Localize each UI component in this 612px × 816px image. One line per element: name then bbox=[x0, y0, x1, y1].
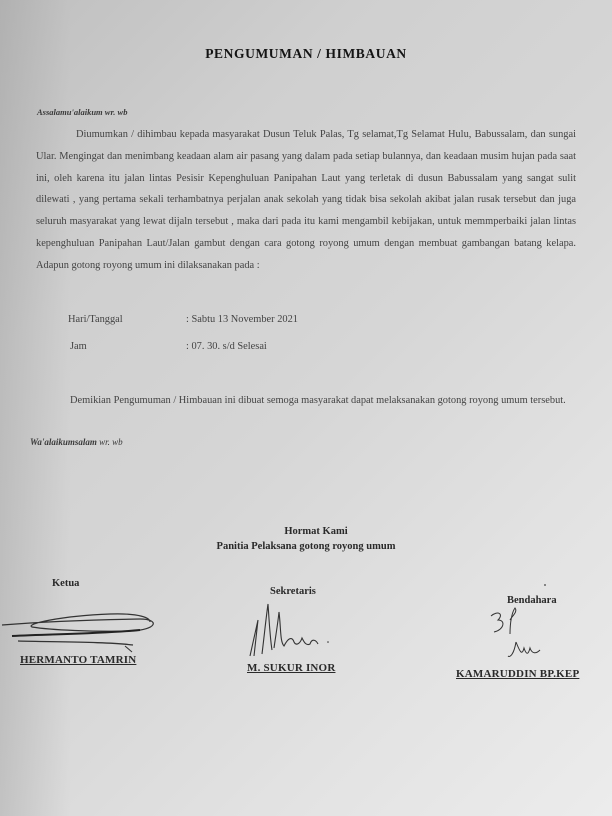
schedule-label: Jam bbox=[70, 341, 186, 352]
signatory-treasurer-role: Bendahara bbox=[507, 595, 557, 606]
closing-greeting-rest: wr. wb bbox=[97, 437, 123, 447]
page-shadow bbox=[0, 0, 70, 816]
secretary-signature-icon bbox=[248, 598, 338, 660]
schedule-value: : Sabtu 13 November 2021 bbox=[186, 314, 298, 325]
signatory-chair-name: HERMANTO TAMRIN bbox=[20, 654, 136, 666]
regards-block: Hormat Kami Panitia Pelaksana gotong roy… bbox=[0, 524, 612, 554]
signatory-name: HERMANTO TAMRIN bbox=[20, 654, 136, 666]
regards-line: Hormat Kami bbox=[0, 524, 612, 539]
announcement-body-text: Diumumkan / dihimbau kepada masyarakat D… bbox=[36, 129, 576, 271]
committee-name: Panitia Pelaksana gotong royong umum bbox=[0, 539, 612, 554]
schedule-value: : 07. 30. s/d Selesai bbox=[186, 341, 267, 352]
signatory-secretary-name: M. SUKUR INOR bbox=[247, 662, 335, 674]
treasurer-signature-icon bbox=[488, 606, 558, 664]
signatory-role: Sekretaris bbox=[270, 586, 316, 597]
signatory-role: Bendahara bbox=[507, 595, 557, 606]
closing-paragraph-text: Demikian Pengumuman / Himbauan ini dibua… bbox=[70, 395, 566, 406]
document-page: PENGUMUMAN / HIMBAUAN Assalamu'alaikum w… bbox=[0, 0, 612, 816]
announcement-body: Diumumkan / dihimbau kepada masyarakat D… bbox=[36, 124, 576, 277]
chair-signature-icon bbox=[0, 600, 170, 655]
ink-dot bbox=[544, 584, 546, 586]
signatory-name: M. SUKUR INOR bbox=[247, 662, 335, 674]
signatory-role: Ketua bbox=[52, 578, 79, 589]
signatory-chair-role: Ketua bbox=[52, 578, 79, 589]
signatory-name: KAMARUDDIN BP.KEP bbox=[456, 668, 579, 680]
closing-greeting-bold: Wa'alaikumsalam bbox=[30, 437, 97, 447]
document-title: PENGUMUMAN / HIMBAUAN bbox=[0, 46, 612, 62]
signatory-treasurer-name: KAMARUDDIN BP.KEP bbox=[456, 668, 579, 680]
opening-greeting: Assalamu'alaikum wr. wb bbox=[37, 107, 127, 117]
closing-greeting: Wa'alaikumsalam wr. wb bbox=[30, 437, 123, 447]
schedule-label: Hari/Tanggal bbox=[68, 314, 186, 325]
schedule-row-time: Jam: 07. 30. s/d Selesai bbox=[70, 341, 267, 352]
schedule-row-date: Hari/Tanggal: Sabtu 13 November 2021 bbox=[68, 314, 298, 325]
signatory-secretary-role: Sekretaris bbox=[270, 586, 316, 597]
closing-paragraph: Demikian Pengumuman / Himbauan ini dibua… bbox=[30, 394, 576, 408]
